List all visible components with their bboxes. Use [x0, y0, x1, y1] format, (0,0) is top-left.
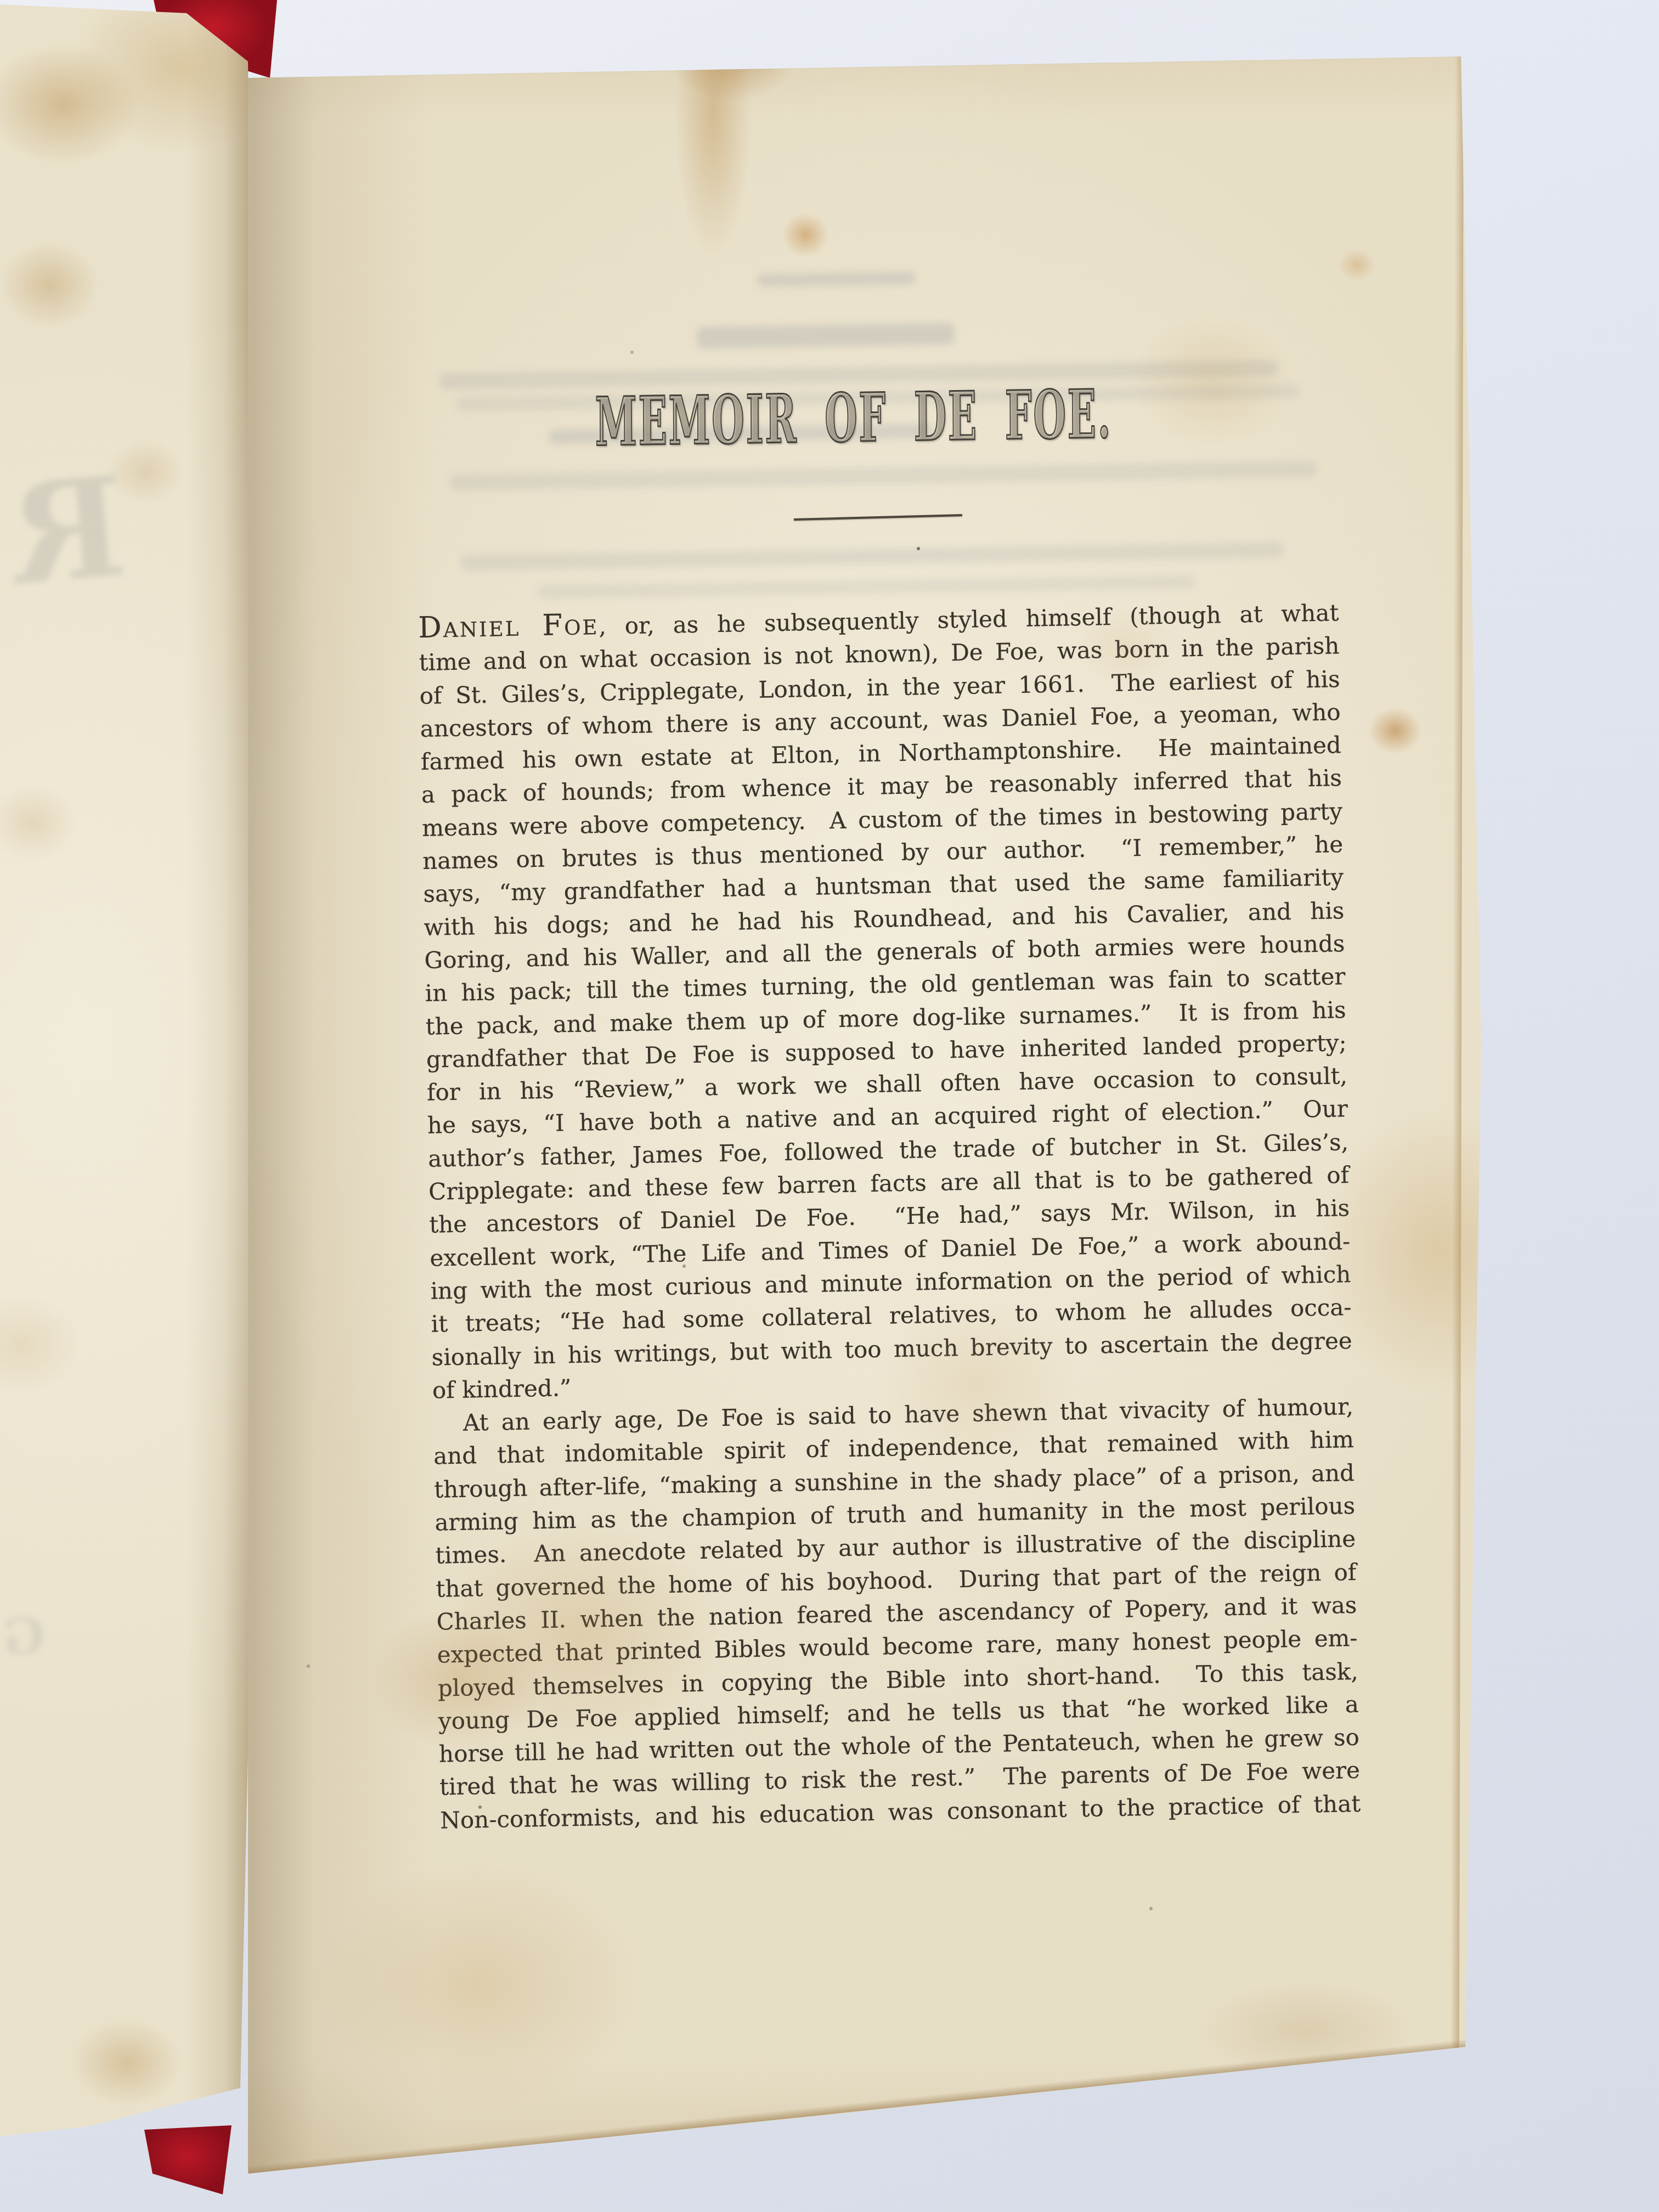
ghost-bleedthrough-letter: G: [1, 1606, 48, 1667]
foxing-stains: [0, 0, 1659, 2212]
dust-specks: [0, 0, 2, 2]
right-page: MEMOIR OF DE FOE. Daniel Foe, or, as he …: [0, 0, 1659, 2212]
book-photo: R G MEMOIR OF DE FOE. Daniel Foe, or, as…: [0, 0, 1659, 2212]
ghost-bleedthrough-letter: R: [4, 445, 132, 616]
